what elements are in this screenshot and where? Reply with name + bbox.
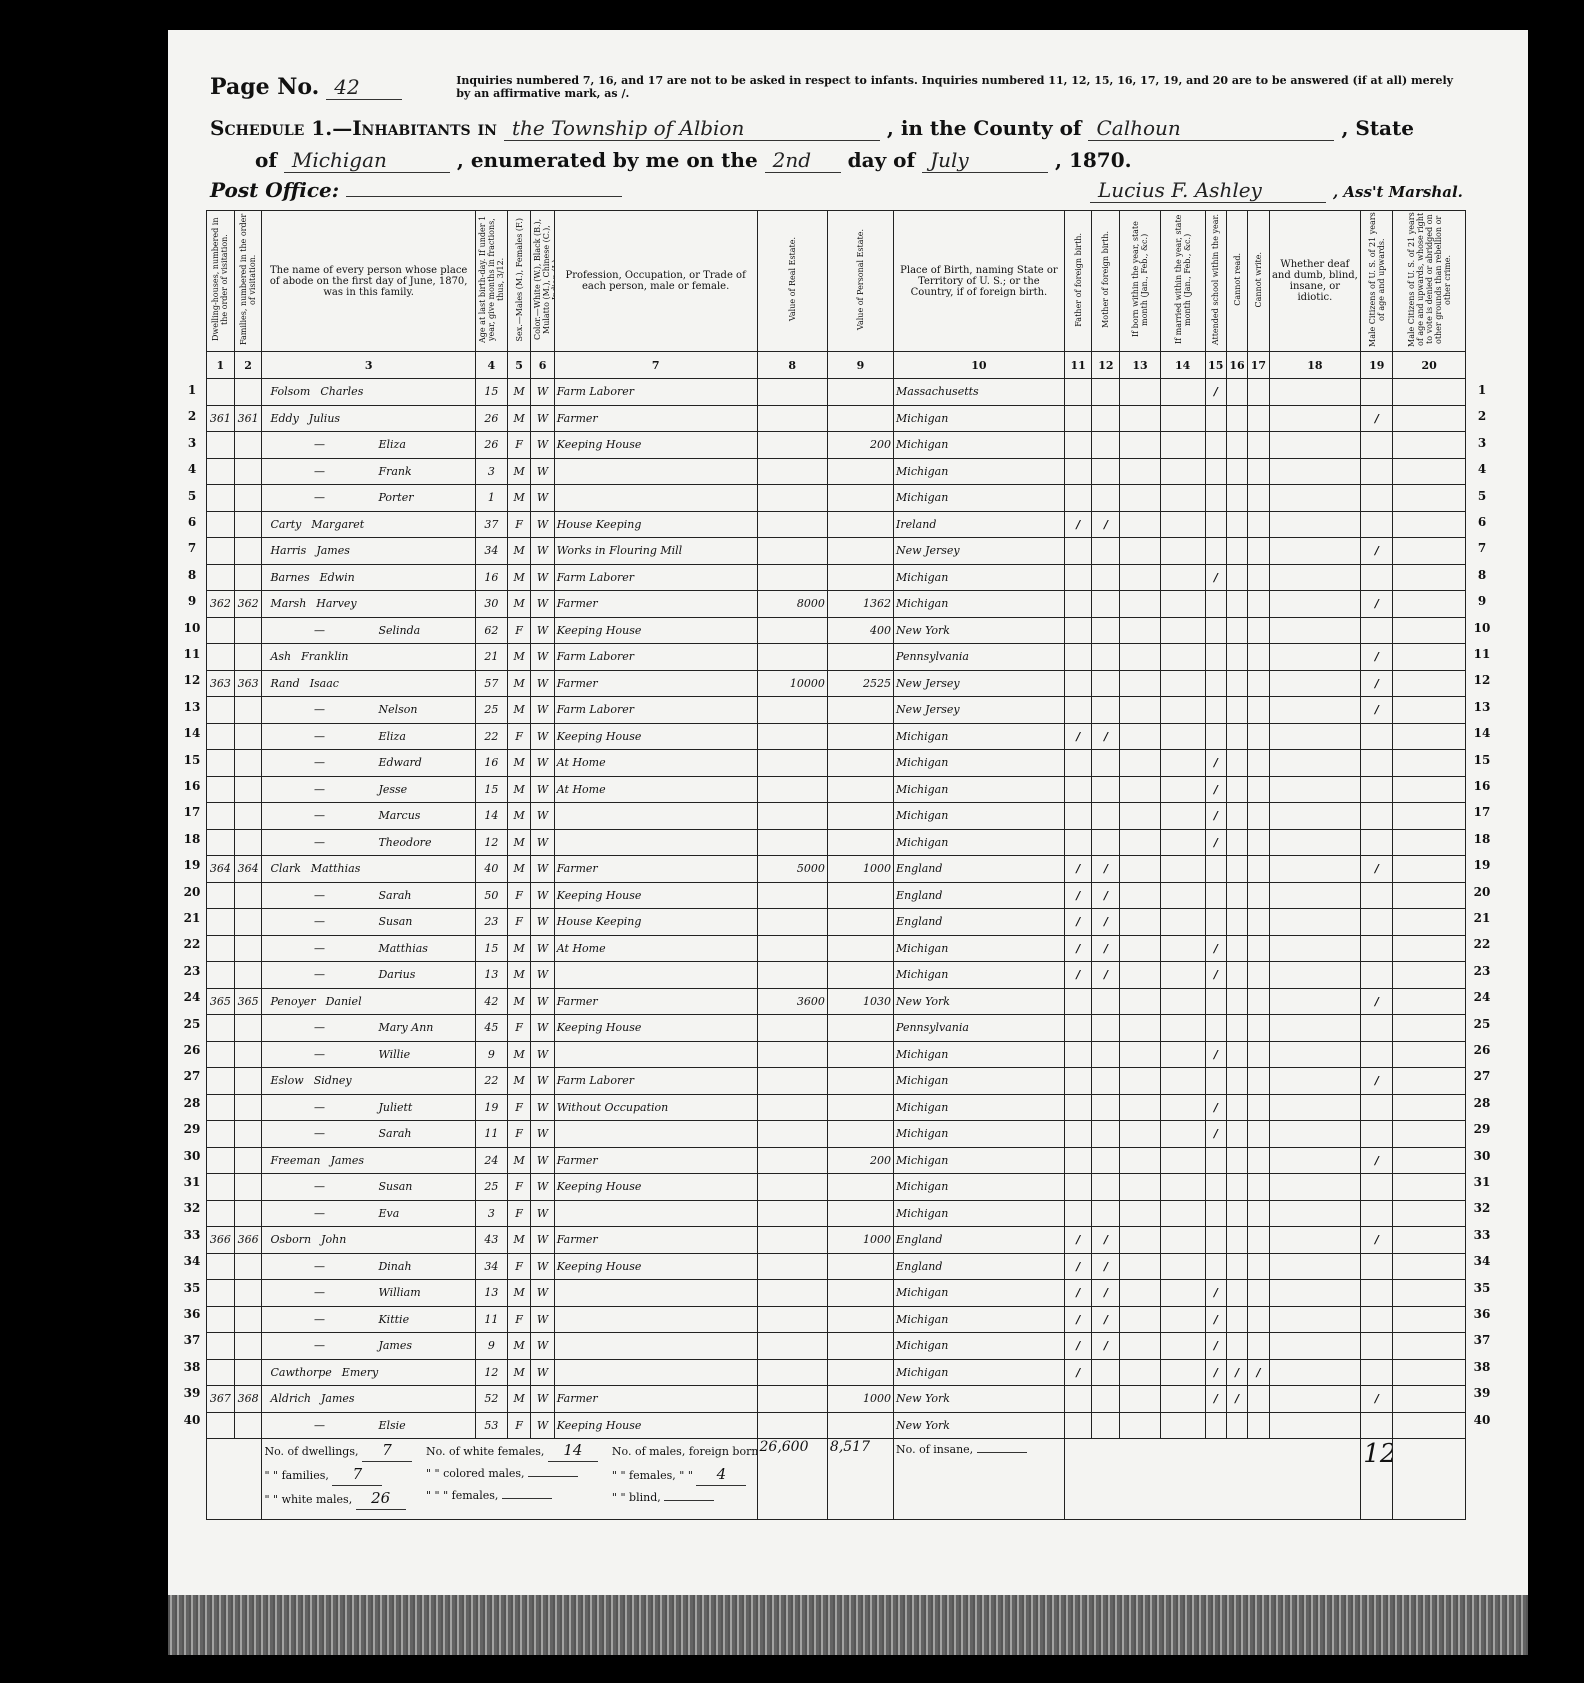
cannot-write-mark	[1248, 1386, 1269, 1413]
married-within-year	[1160, 405, 1205, 432]
birthplace: Michigan	[894, 1359, 1065, 1386]
surname: —	[264, 942, 354, 955]
father-foreign-mark	[1064, 405, 1092, 432]
male-citizen-mark: /	[1361, 591, 1393, 618]
cannot-read-mark	[1226, 1041, 1247, 1068]
sex: M	[507, 1386, 530, 1413]
attended-school-mark	[1205, 909, 1226, 936]
disability	[1269, 1094, 1361, 1121]
col-19-header: Male Citizens of U. S. of 21 years of ag…	[1361, 211, 1393, 352]
foreign-females-count: 4	[696, 1463, 746, 1486]
disability	[1269, 538, 1361, 565]
personal-estate-value	[827, 1174, 893, 1201]
cannot-write-mark	[1248, 1333, 1269, 1360]
mother-foreign-mark	[1092, 1121, 1120, 1148]
col-10-header: Place of Birth, naming State or Territor…	[894, 211, 1065, 352]
disability	[1269, 723, 1361, 750]
mother-foreign-mark: /	[1092, 1227, 1120, 1254]
surname: Cawthorpe	[264, 1366, 331, 1379]
person-name: —Frank	[262, 458, 475, 485]
cannot-read-mark	[1226, 485, 1247, 512]
surname: —	[264, 783, 354, 796]
dwelling-number	[207, 1147, 235, 1174]
dwelling-number	[207, 776, 235, 803]
line-number: 2	[1470, 409, 1494, 423]
vote-denied-mark	[1393, 776, 1466, 803]
real-estate-value	[757, 1200, 827, 1227]
male-citizen-mark: /	[1361, 1386, 1393, 1413]
born-within-year	[1120, 829, 1161, 856]
vote-denied-mark	[1393, 538, 1466, 565]
attended-school-mark: /	[1205, 829, 1226, 856]
family-number	[234, 538, 262, 565]
summary-counts: No. of dwellings, 7 " " families, 7 " " …	[262, 1439, 757, 1520]
given-name: Matthias	[301, 862, 360, 875]
family-number	[234, 1200, 262, 1227]
occupation: At Home	[554, 776, 757, 803]
person-name: —Kittie	[262, 1306, 475, 1333]
age: 13	[475, 1280, 507, 1307]
married-within-year	[1160, 591, 1205, 618]
line-number: 7	[1470, 541, 1494, 555]
cannot-write-mark	[1248, 882, 1269, 909]
male-citizen-mark: /	[1361, 1147, 1393, 1174]
personal-estate-value: 1362	[827, 591, 893, 618]
male-citizen-mark: /	[1361, 644, 1393, 671]
line-number: 4	[1470, 462, 1494, 476]
mother-foreign-mark	[1092, 644, 1120, 671]
sex: M	[507, 405, 530, 432]
sex: F	[507, 909, 530, 936]
cannot-write-mark	[1248, 1306, 1269, 1333]
father-foreign-mark	[1064, 1147, 1092, 1174]
disability	[1269, 670, 1361, 697]
age: 37	[475, 511, 507, 538]
father-foreign-mark: /	[1064, 1253, 1092, 1280]
born-within-year	[1120, 1253, 1161, 1280]
male-citizen-mark	[1361, 776, 1393, 803]
male-citizen-mark	[1361, 803, 1393, 830]
personal-estate-value	[827, 405, 893, 432]
personal-estate-value	[827, 1121, 893, 1148]
surname: Penoyer	[264, 995, 315, 1008]
age: 25	[475, 697, 507, 724]
cannot-write-mark	[1248, 458, 1269, 485]
cannot-read-mark	[1226, 829, 1247, 856]
disability	[1269, 591, 1361, 618]
male-citizen-mark	[1361, 1041, 1393, 1068]
dwelling-number	[207, 1359, 235, 1386]
sex: F	[507, 723, 530, 750]
sex: M	[507, 988, 530, 1015]
family-number	[234, 1147, 262, 1174]
given-name: Mary Ann	[354, 1021, 433, 1034]
born-within-year	[1120, 591, 1161, 618]
real-estate-value	[757, 1412, 827, 1439]
col-16-header: Cannot read.	[1226, 211, 1247, 352]
line-number: 17	[1470, 805, 1494, 819]
cannot-read-mark	[1226, 1147, 1247, 1174]
line-number: 6	[180, 515, 204, 529]
real-estate-value	[757, 1147, 827, 1174]
mother-foreign-mark	[1092, 1200, 1120, 1227]
col-14-header: If married within the year, state month …	[1160, 211, 1205, 352]
line-number: 15	[180, 753, 204, 767]
birthplace: Michigan	[894, 723, 1065, 750]
disability	[1269, 485, 1361, 512]
marshal-line: Lucius F. Ashley , Ass't Marshal.	[1090, 178, 1463, 203]
sex: F	[507, 1253, 530, 1280]
birthplace: Pennsylvania	[894, 644, 1065, 671]
line-number: 33	[1470, 1228, 1494, 1242]
table-row: —Eva3FWMichigan	[207, 1200, 1466, 1227]
birthplace: Michigan	[894, 1174, 1065, 1201]
person-name: EddyJulius	[262, 405, 475, 432]
cannot-write-mark	[1248, 1412, 1269, 1439]
vote-denied-mark	[1393, 1015, 1466, 1042]
family-number	[234, 432, 262, 459]
given-name: Elsie	[354, 1419, 405, 1432]
sex: M	[507, 1068, 530, 1095]
color: W	[531, 723, 554, 750]
age: 22	[475, 723, 507, 750]
attended-school-mark: /	[1205, 379, 1226, 406]
real-estate-value	[757, 935, 827, 962]
age: 53	[475, 1412, 507, 1439]
dwellings-count: 7	[362, 1439, 412, 1462]
personal-estate-value	[827, 697, 893, 724]
person-name: CartyMargaret	[262, 511, 475, 538]
disability	[1269, 935, 1361, 962]
disability	[1269, 458, 1361, 485]
born-within-year	[1120, 723, 1161, 750]
line-number: 15	[1470, 753, 1494, 767]
color: W	[531, 1015, 554, 1042]
birthplace: Michigan	[894, 564, 1065, 591]
color: W	[531, 1200, 554, 1227]
father-foreign-mark: /	[1064, 1333, 1092, 1360]
col-num: 11	[1064, 352, 1092, 379]
attended-school-mark	[1205, 591, 1226, 618]
table-row: 366366OsbornJohn43MWFarmer1000England///	[207, 1227, 1466, 1254]
page-number-line: Page No. 42 Inquiries numbered 7, 16, an…	[210, 74, 1456, 100]
surname: —	[264, 1260, 354, 1273]
line-number: 10	[1470, 621, 1494, 635]
age: 22	[475, 1068, 507, 1095]
mother-foreign-mark	[1092, 1041, 1120, 1068]
line-number: 14	[180, 726, 204, 740]
line-number: 26	[180, 1043, 204, 1057]
attended-school-mark	[1205, 1174, 1226, 1201]
birthplace: New York	[894, 988, 1065, 1015]
blind-count	[664, 1500, 714, 1501]
state-value: Michigan	[284, 148, 450, 173]
given-name: Willie	[354, 1048, 410, 1061]
mother-foreign-mark	[1092, 988, 1120, 1015]
disability	[1269, 856, 1361, 883]
marshal-signature: Lucius F. Ashley	[1090, 178, 1326, 203]
line-number: 21	[1470, 911, 1494, 925]
vote-denied-mark	[1393, 1412, 1466, 1439]
cannot-read-mark	[1226, 1068, 1247, 1095]
mother-foreign-mark	[1092, 1386, 1120, 1413]
attended-school-mark	[1205, 1253, 1226, 1280]
disability	[1269, 1253, 1361, 1280]
age: 11	[475, 1121, 507, 1148]
table-row: —Edward16MWAt HomeMichigan/	[207, 750, 1466, 777]
person-name: —Jesse	[262, 776, 475, 803]
line-number: 13	[1470, 700, 1494, 714]
real-estate-value	[757, 829, 827, 856]
line-number: 29	[180, 1122, 204, 1136]
age: 15	[475, 379, 507, 406]
vote-denied-mark	[1393, 670, 1466, 697]
disability	[1269, 644, 1361, 671]
mother-foreign-mark: /	[1092, 723, 1120, 750]
disability	[1269, 1359, 1361, 1386]
color: W	[531, 988, 554, 1015]
line-number: 34	[180, 1254, 204, 1268]
cannot-read-mark	[1226, 1253, 1247, 1280]
line-number: 17	[180, 805, 204, 819]
surname: —	[264, 809, 354, 822]
table-row: 362362MarshHarvey30MWFarmer80001362Michi…	[207, 591, 1466, 618]
sex: M	[507, 803, 530, 830]
township-value: the Township of Albion	[504, 116, 880, 141]
vote-denied-mark	[1393, 1306, 1466, 1333]
white-males-count: 26	[356, 1487, 406, 1510]
family-number	[234, 1041, 262, 1068]
family-number	[234, 909, 262, 936]
attended-school-mark	[1205, 617, 1226, 644]
male-citizen-mark: /	[1361, 405, 1393, 432]
cannot-write-mark	[1248, 564, 1269, 591]
disability	[1269, 617, 1361, 644]
cannot-read-mark	[1226, 538, 1247, 565]
sex: F	[507, 1200, 530, 1227]
age: 52	[475, 1386, 507, 1413]
male-citizen-mark	[1361, 1121, 1393, 1148]
surname: —	[264, 438, 354, 451]
birthplace: Michigan	[894, 962, 1065, 989]
cannot-read-mark	[1226, 1015, 1247, 1042]
table-row: —Willie9MWMichigan/	[207, 1041, 1466, 1068]
married-within-year	[1160, 935, 1205, 962]
color: W	[531, 379, 554, 406]
occupation: Keeping House	[554, 1253, 757, 1280]
real-estate-value	[757, 909, 827, 936]
sex: M	[507, 379, 530, 406]
line-number: 27	[180, 1069, 204, 1083]
vote-denied-mark	[1393, 458, 1466, 485]
vote-denied-mark	[1393, 723, 1466, 750]
given-name: Darius	[354, 968, 415, 981]
married-within-year	[1160, 988, 1205, 1015]
occupation: At Home	[554, 750, 757, 777]
male-citizen-mark: /	[1361, 538, 1393, 565]
male-citizen-mark	[1361, 1333, 1393, 1360]
line-number: 24	[1470, 990, 1494, 1004]
sex: F	[507, 1094, 530, 1121]
occupation	[554, 829, 757, 856]
cannot-write-mark	[1248, 485, 1269, 512]
given-name: Eliza	[354, 438, 405, 451]
color: W	[531, 962, 554, 989]
born-within-year	[1120, 1200, 1161, 1227]
age: 34	[475, 538, 507, 565]
disability	[1269, 1280, 1361, 1307]
mother-foreign-mark: /	[1092, 962, 1120, 989]
personal-estate-value: 1000	[827, 1386, 893, 1413]
sex: F	[507, 1412, 530, 1439]
vote-denied-mark	[1393, 829, 1466, 856]
given-name: Franklin	[291, 650, 348, 663]
age: 14	[475, 803, 507, 830]
mother-foreign-mark: /	[1092, 1280, 1120, 1307]
personal-estate-value: 1000	[827, 1227, 893, 1254]
personal-estate-value	[827, 1200, 893, 1227]
male-citizen-mark	[1361, 1280, 1393, 1307]
disability	[1269, 1174, 1361, 1201]
person-name: —Dinah	[262, 1253, 475, 1280]
family-number	[234, 1068, 262, 1095]
table-row: —Susan23FWHouse KeepingEngland//	[207, 909, 1466, 936]
person-name: —Susan	[262, 1174, 475, 1201]
col-9-header: Value of Personal Estate.	[827, 211, 893, 352]
attended-school-mark: /	[1205, 1306, 1226, 1333]
born-within-year	[1120, 458, 1161, 485]
cannot-read-mark	[1226, 511, 1247, 538]
mother-foreign-mark	[1092, 485, 1120, 512]
col-num: 3	[262, 352, 475, 379]
person-name: RandIsaac	[262, 670, 475, 697]
occupation: Farmer	[554, 405, 757, 432]
given-name: Porter	[354, 491, 413, 504]
color: W	[531, 1041, 554, 1068]
surname: Folsom	[264, 385, 310, 398]
real-estate-value	[757, 1280, 827, 1307]
real-estate-value	[757, 1227, 827, 1254]
real-estate-value	[757, 1306, 827, 1333]
real-estate-value	[757, 723, 827, 750]
father-foreign-mark: /	[1064, 909, 1092, 936]
mother-foreign-mark	[1092, 829, 1120, 856]
table-row: —Matthias15MWAt HomeMichigan///	[207, 935, 1466, 962]
person-name: —Eliza	[262, 723, 475, 750]
birthplace: Michigan	[894, 1280, 1065, 1307]
cannot-read-mark	[1226, 1412, 1247, 1439]
attended-school-mark	[1205, 882, 1226, 909]
married-within-year	[1160, 1068, 1205, 1095]
given-name: Frank	[354, 465, 411, 478]
born-within-year	[1120, 1015, 1161, 1042]
attended-school-mark	[1205, 1068, 1226, 1095]
personal-estate-value	[827, 962, 893, 989]
sex: M	[507, 856, 530, 883]
mother-foreign-mark	[1092, 697, 1120, 724]
occupation: Without Occupation	[554, 1094, 757, 1121]
person-name: —Willie	[262, 1041, 475, 1068]
page-no-label: Page No.	[210, 74, 319, 100]
occupation: Farm Laborer	[554, 564, 757, 591]
family-number	[234, 723, 262, 750]
occupation	[554, 1200, 757, 1227]
cannot-write-mark	[1248, 1280, 1269, 1307]
table-row: EslowSidney22MWFarm LaborerMichigan/	[207, 1068, 1466, 1095]
vote-denied-mark	[1393, 1068, 1466, 1095]
col-6-header: Color.—White (W.), Black (B.), Mulatto (…	[531, 211, 554, 352]
table-row: —William13MWMichigan///	[207, 1280, 1466, 1307]
personal-estate-value: 200	[827, 432, 893, 459]
age: 57	[475, 670, 507, 697]
married-within-year	[1160, 1306, 1205, 1333]
born-within-year	[1120, 1333, 1161, 1360]
color: W	[531, 1333, 554, 1360]
person-name: —Porter	[262, 485, 475, 512]
disability	[1269, 564, 1361, 591]
color: W	[531, 511, 554, 538]
sex: M	[507, 564, 530, 591]
given-name: Dinah	[354, 1260, 411, 1273]
real-estate-value	[757, 750, 827, 777]
sex: M	[507, 962, 530, 989]
person-name: BarnesEdwin	[262, 564, 475, 591]
occupation	[554, 1041, 757, 1068]
age: 3	[475, 1200, 507, 1227]
col-12-header: Mother of foreign birth.	[1092, 211, 1120, 352]
dwelling-number: 365	[207, 988, 235, 1015]
dwelling-number	[207, 1280, 235, 1307]
born-within-year	[1120, 1280, 1161, 1307]
post-office-label: Post Office:	[210, 178, 339, 202]
family-number	[234, 511, 262, 538]
color: W	[531, 1094, 554, 1121]
table-row: —Juliett19FWWithout OccupationMichigan/	[207, 1094, 1466, 1121]
col-15-header: Attended school within the year.	[1205, 211, 1226, 352]
mother-foreign-mark: /	[1092, 1253, 1120, 1280]
mother-foreign-mark: /	[1092, 1333, 1120, 1360]
cannot-read-mark	[1226, 1094, 1247, 1121]
birthplace: Michigan	[894, 591, 1065, 618]
cannot-read-mark	[1226, 644, 1247, 671]
real-estate-value	[757, 644, 827, 671]
born-within-year	[1120, 379, 1161, 406]
surname: Aldrich	[264, 1392, 311, 1405]
surname: —	[264, 968, 354, 981]
birthplace: Michigan	[894, 829, 1065, 856]
birthplace: England	[894, 882, 1065, 909]
color: W	[531, 935, 554, 962]
attended-school-mark: /	[1205, 803, 1226, 830]
occupation: Keeping House	[554, 723, 757, 750]
occupation	[554, 458, 757, 485]
cannot-write-mark	[1248, 1094, 1269, 1121]
attended-school-mark: /	[1205, 1333, 1226, 1360]
person-name: —Matthias	[262, 935, 475, 962]
attended-school-mark	[1205, 511, 1226, 538]
age: 42	[475, 988, 507, 1015]
cannot-write-mark	[1248, 935, 1269, 962]
father-foreign-mark	[1064, 988, 1092, 1015]
cannot-write-mark	[1248, 1041, 1269, 1068]
age: 50	[475, 882, 507, 909]
table-row: —Susan25FWKeeping HouseMichigan	[207, 1174, 1466, 1201]
birthplace: Massachusetts	[894, 379, 1065, 406]
line-number: 35	[1470, 1281, 1494, 1295]
cannot-write-mark	[1248, 856, 1269, 883]
occupation: Keeping House	[554, 1174, 757, 1201]
real-estate-value	[757, 962, 827, 989]
